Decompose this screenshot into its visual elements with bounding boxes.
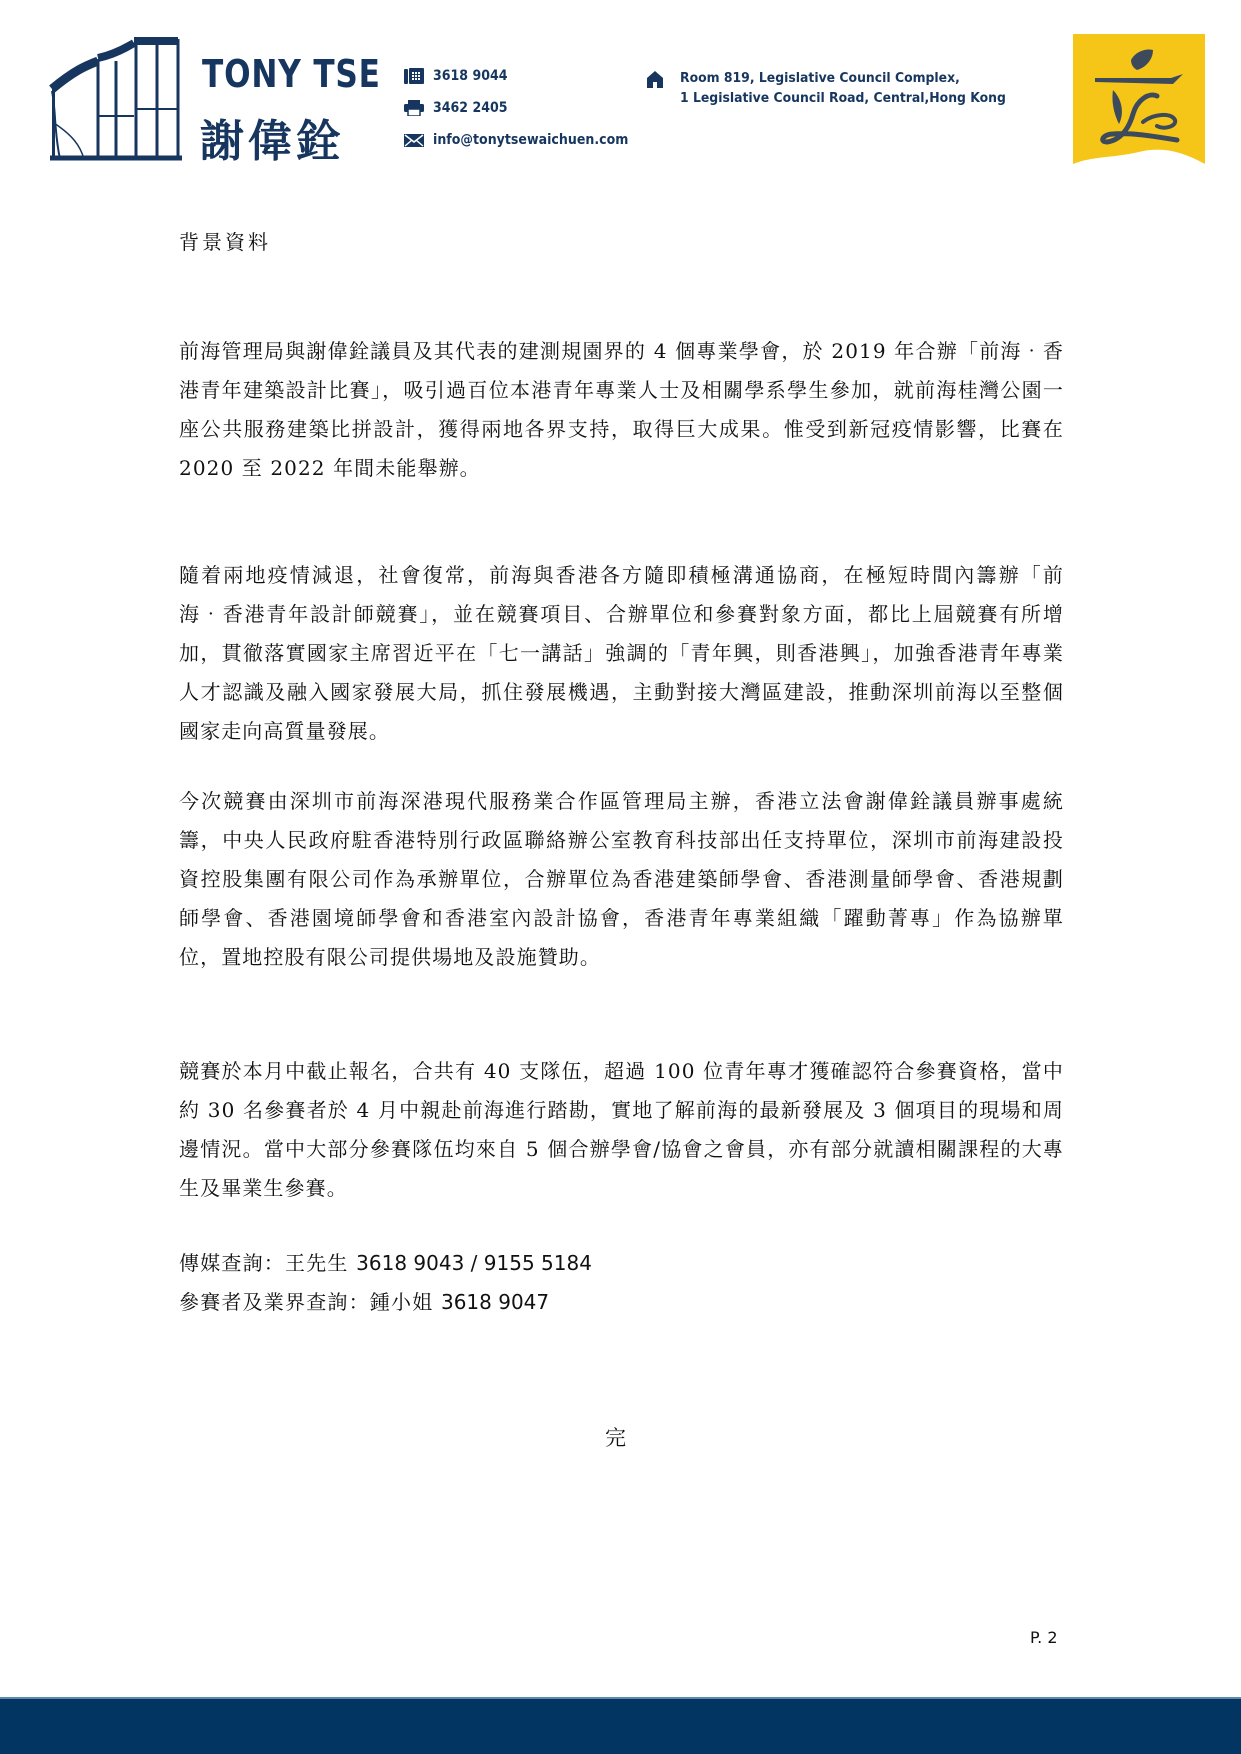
address-line-1: Room 819, Legislative Council Complex, bbox=[680, 68, 1006, 88]
contact-list: 3618 9044 3462 2405 info@tonytsewaichuen… bbox=[404, 66, 650, 162]
phone-number[interactable]: 3618 9044 bbox=[433, 68, 508, 84]
brand-name-chinese: 謝偉銓 bbox=[200, 105, 344, 169]
media-enquiry-label: 傳媒查詢：王先生 bbox=[179, 1251, 356, 1275]
paragraph-1: 前海管理局與謝偉銓議員及其代表的建測規園界的 4 個專業學會，於 2019 年合… bbox=[179, 332, 1064, 488]
paragraph-3: 今次競賽由深圳市前海深港現代服務業合作區管理局主辦，香港立法會謝偉銓議員辦事處統… bbox=[179, 782, 1064, 977]
fax-icon bbox=[404, 100, 424, 116]
document-heading: 背景資料 bbox=[179, 226, 271, 255]
office-address: Room 819, Legislative Council Complex, 1… bbox=[646, 68, 1034, 108]
media-enquiry: 傳媒查詢：王先生 3618 9043 / 9155 5184 bbox=[179, 1247, 592, 1276]
participant-enquiry: 參賽者及業界查詢：鍾小姐 3618 9047 bbox=[179, 1286, 549, 1315]
participant-enquiry-phone[interactable]: 3618 9047 bbox=[441, 1290, 549, 1314]
home-icon bbox=[646, 70, 664, 88]
phone-icon bbox=[404, 68, 424, 84]
email-icon bbox=[404, 132, 424, 148]
media-enquiry-phone[interactable]: 3618 9043 / 9155 5184 bbox=[356, 1251, 592, 1275]
contact-phone: 3618 9044 bbox=[404, 66, 650, 86]
participant-enquiry-label: 參賽者及業界查詢：鍾小姐 bbox=[179, 1290, 441, 1314]
end-mark: 完 bbox=[605, 1422, 626, 1452]
footer-bar bbox=[0, 1697, 1241, 1754]
brand-name-english: TONY TSE bbox=[202, 52, 381, 96]
fax-number[interactable]: 3462 2405 bbox=[433, 100, 508, 116]
paragraph-4: 競賽於本月中截止報名，合共有 40 支隊伍，超過 100 位青年專才獲確認符合參… bbox=[179, 1052, 1064, 1208]
building-logo-icon bbox=[46, 31, 186, 161]
address-line-2: 1 Legislative Council Road, Central,Hong… bbox=[680, 88, 1006, 108]
paragraph-2: 隨着兩地疫情減退，社會復常，前海與香港各方隨即積極溝通協商，在極短時間內籌辦「前… bbox=[179, 556, 1064, 751]
page-number: P. 2 bbox=[1030, 1628, 1058, 1647]
email-address[interactable]: info@tonytsewaichuen.com bbox=[433, 132, 628, 148]
letterhead: TONY TSE 謝偉銓 3618 9044 3462 2405 bbox=[0, 0, 1241, 180]
contact-email: info@tonytsewaichuen.com bbox=[404, 130, 650, 150]
legco-emblem-icon bbox=[1073, 34, 1205, 170]
contact-fax: 3462 2405 bbox=[404, 98, 650, 118]
